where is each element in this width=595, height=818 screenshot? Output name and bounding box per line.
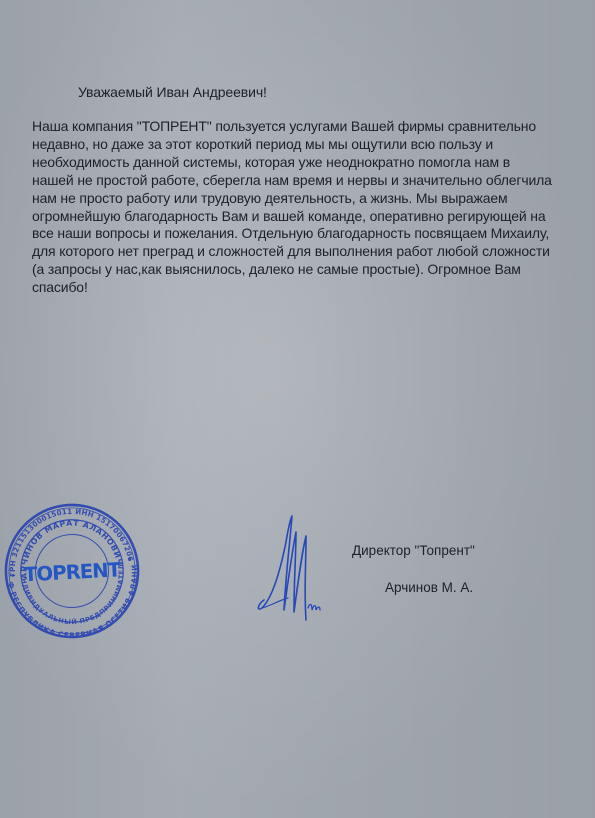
body-line: Наша компания "ТОПРЕНТ" пользуется услуг… (32, 118, 592, 136)
signature-icon (250, 512, 340, 622)
body-line: нам не просто работу или трудовую деятел… (32, 190, 592, 208)
signatory-name: Арчинов М. А. (385, 580, 473, 595)
signatory-title: Директор "Топрент" (352, 543, 475, 558)
body-line: огромнейшую благодарность Вам и вашей ко… (32, 208, 592, 226)
body-line: для которого нет преград и сложностей дл… (32, 243, 592, 261)
company-stamp-icon: ОГРН 321151300015011 ИНН 151700672061 РФ… (3, 502, 141, 640)
body-line: все наши вопросы и пожелания. Отдельную … (32, 225, 592, 243)
body-line: спасибо! (32, 279, 592, 297)
body-line: нашей не простой работе, сберегла нам вр… (32, 172, 592, 190)
body-line: (а запросы у нас,как выяснилось, далеко … (32, 261, 592, 279)
salutation: Уважаемый Иван Андреевич! (78, 84, 267, 100)
svg-text:TOPRENT: TOPRENT (23, 558, 122, 586)
letter-body: Наша компания "ТОПРЕНТ" пользуется услуг… (32, 118, 592, 297)
body-line: необходимость данной системы, которая уж… (32, 154, 592, 172)
body-line: недавно, но даже за этот короткий период… (32, 136, 592, 154)
thank-you-letter: Уважаемый Иван Андреевич! Наша компания … (0, 0, 595, 818)
